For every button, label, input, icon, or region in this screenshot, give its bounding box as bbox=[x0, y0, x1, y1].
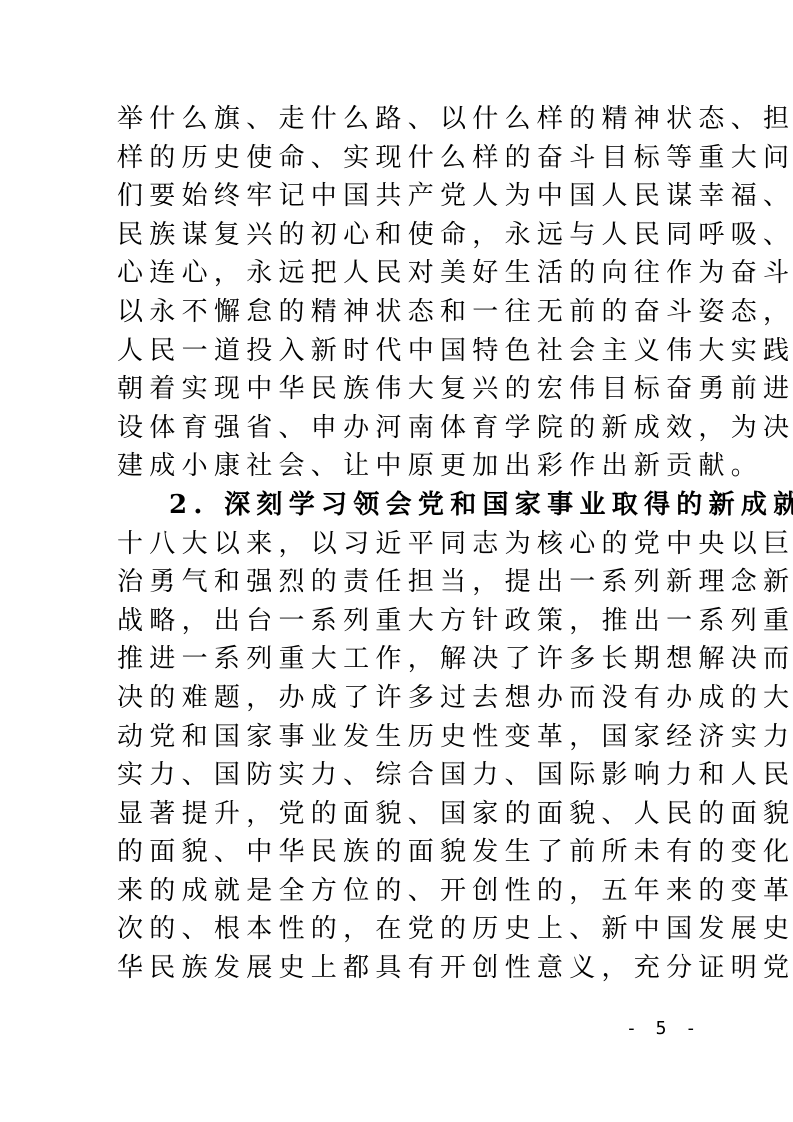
text-line: 次的、根本性的，在党的历史上、新中国发展史上、中 bbox=[117, 910, 677, 949]
text-line: 华民族发展史上都具有开创性意义，充分证明党的十八 bbox=[117, 949, 677, 988]
body-text: 举什么旗、走什么路、以什么样的精神状态、担负什么 样的历史使命、实现什么样的奋斗… bbox=[117, 100, 677, 988]
text-line: 战略，出台一系列重大方针政策，推出一系列重大举措， bbox=[117, 602, 677, 641]
text-line: 十八大以来，以习近平同志为核心的党中央以巨大的政 bbox=[117, 525, 677, 564]
section-heading: 2. 深刻学习领会党和国家事业取得的新成就。 bbox=[169, 490, 793, 520]
text-line: 决的难题，办成了许多过去想办而没有办成的大事，推 bbox=[117, 679, 677, 718]
text-line: 建成小康社会、让中原更加出彩作出新贡献。 bbox=[117, 447, 677, 486]
text-line: 民族谋复兴的初心和使命，永远与人民同呼吸、共命运、 bbox=[117, 216, 677, 255]
text-line: 来的成就是全方位的、开创性的，五年来的变革是深层 bbox=[117, 872, 677, 911]
text-line: 治勇气和强烈的责任担当，提出一系列新理念新思想新 bbox=[117, 563, 677, 602]
text-line: 朝着实现中华民族伟大复兴的宏伟目标奋勇前进，以建 bbox=[117, 370, 677, 409]
text-line: 显著提升，党的面貌、国家的面貌、人民的面貌、军队 bbox=[117, 795, 677, 834]
text-line: 举什么旗、走什么路、以什么样的精神状态、担负什么 bbox=[117, 100, 677, 139]
text-line: 以永不懈怠的精神状态和一往无前的奋斗姿态，与全国 bbox=[117, 293, 677, 332]
text-line: 的面貌、中华民族的面貌发生了前所未有的变化。五年 bbox=[117, 833, 677, 872]
text-line: 推进一系列重大工作，解决了许多长期想解决而没有解 bbox=[117, 640, 677, 679]
text-line: 动党和国家事业发生历史性变革，国家经济实力、科技 bbox=[117, 718, 677, 757]
document-page: 举什么旗、走什么路、以什么样的精神状态、担负什么 样的历史使命、实现什么样的奋斗… bbox=[0, 0, 793, 1122]
text-line: 们要始终牢记中国共产党人为中国人民谋幸福、为中华 bbox=[117, 177, 677, 216]
text-line: 设体育强省、申办河南体育学院的新成效，为决胜全面 bbox=[117, 409, 677, 448]
text-line: 人民一道投入新时代中国特色社会主义伟大实践，继续 bbox=[117, 332, 677, 371]
page-number: - 5 - bbox=[626, 1018, 700, 1039]
text-line: 实力、国防实力、综合国力、国际影响力和人民获得感 bbox=[117, 756, 677, 795]
section-heading-line: 2. 深刻学习领会党和国家事业取得的新成就。党的 bbox=[117, 486, 677, 525]
text-line: 样的历史使命、实现什么样的奋斗目标等重大问题。我 bbox=[117, 139, 677, 178]
text-line: 心连心，永远把人民对美好生活的向往作为奋斗目标， bbox=[117, 254, 677, 293]
